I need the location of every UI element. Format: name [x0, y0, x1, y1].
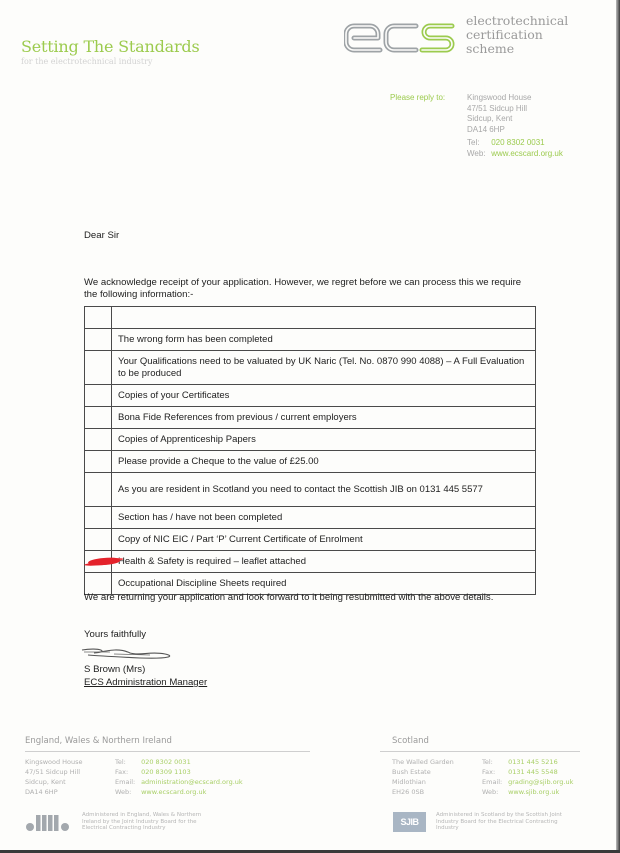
contact-label: Email:	[482, 777, 506, 787]
web-link[interactable]: www.sjib.org.uk	[508, 788, 559, 796]
footer-region-scotland: Scotland	[392, 736, 429, 746]
footer-divider	[380, 751, 580, 752]
reply-contact: Tel: 020 8302 0031 Web: www.ecscard.org.…	[467, 138, 620, 159]
reply-label: Please reply to:	[390, 93, 470, 102]
requirement-text: The wrong form has been completed	[112, 329, 536, 351]
tel-label: Tel:	[467, 138, 489, 149]
requirement-row: The wrong form has been completed	[85, 329, 536, 351]
logo-text-line: electrotechnical	[466, 14, 568, 28]
footer-scotland-admin-note: Administered in Scotland by the Scottish…	[436, 812, 576, 832]
tagline-subtitle: for the electrotechnical industry	[21, 57, 200, 66]
tagline-title: Setting The Standards	[21, 37, 200, 56]
logo-text-line: scheme	[466, 42, 568, 56]
address-line: Bush Estate	[392, 767, 472, 777]
requirement-checkbox[interactable]	[85, 307, 112, 329]
contact-label: Tel:	[482, 757, 506, 767]
requirement-row: Copies of Apprenticeship Papers	[85, 429, 536, 451]
email-link[interactable]: administration@ecscard.org.uk	[141, 778, 243, 786]
requirement-text: Please provide a Cheque to the value of …	[112, 451, 536, 473]
requirement-row: Health & Safety is required – leaflet at…	[85, 551, 536, 573]
tagline: Setting The Standards for the electrotec…	[21, 37, 200, 66]
address-line: 47/51 Sidcup Hill	[25, 767, 105, 777]
requirement-row: Copy of NIC EIC / Part ‘P’ Current Certi…	[85, 529, 536, 551]
sjib-logo-icon: SJIB	[393, 812, 426, 832]
requirement-text: As you are resident in Scotland you need…	[112, 473, 536, 507]
address-line: EH26 0SB	[392, 787, 472, 797]
contact-label: Web:	[482, 787, 506, 797]
requirement-checkbox[interactable]	[85, 385, 112, 407]
requirement-text: Your Qualifications need to be valuated …	[112, 351, 536, 385]
reply-address: Kingswood House 47/51 Sidcup Hill Sidcup…	[467, 93, 617, 135]
tel-value: 020 8302 0031	[491, 138, 544, 147]
requirement-checkbox[interactable]	[85, 429, 112, 451]
footer-scotland-contacts: Tel: 0131 445 5216 Fax: 0131 445 5548 Em…	[482, 757, 612, 797]
requirement-row: Section has / have not been completed	[85, 507, 536, 529]
requirement-row: As you are resident in Scotland you need…	[85, 473, 536, 507]
signer-name: S Brown (Mrs)	[84, 664, 145, 675]
address-line: 47/51 Sidcup Hill	[467, 104, 617, 115]
requirement-checkbox[interactable]	[85, 329, 112, 351]
contact-label: Tel:	[115, 757, 139, 767]
contact-value: 020 8309 1103	[141, 768, 191, 776]
address-line: DA14 6HP	[467, 125, 617, 136]
signer-title: ECS Administration Manager	[84, 677, 207, 688]
address-line: Sidcup, Kent	[25, 777, 105, 787]
web-link[interactable]: www.ecscard.org.uk	[141, 788, 206, 796]
sign-off: Yours faithfully	[84, 629, 146, 640]
jib-logo-icon	[25, 812, 73, 832]
address-line: The Walled Garden	[392, 757, 472, 767]
requirement-text: Copies of your Certificates	[112, 385, 536, 407]
footer-ewni-admin-note: Administered in England, Wales & Norther…	[82, 812, 222, 832]
contact-label: Web:	[115, 787, 139, 797]
requirement-row: Please provide a Cheque to the value of …	[85, 451, 536, 473]
contact-label: Fax:	[482, 767, 506, 777]
requirement-checkbox[interactable]	[85, 407, 112, 429]
footer-region-ewni: England, Wales & Northern Ireland	[25, 736, 172, 746]
requirement-text: Section has / have not been completed	[112, 507, 536, 529]
contact-label: Email:	[115, 777, 139, 787]
closing-paragraph: We are returning your application and lo…	[84, 592, 524, 604]
requirement-text: Health & Safety is required – leaflet at…	[112, 551, 536, 573]
requirement-text	[112, 307, 536, 329]
contact-value: 020 8302 0031	[141, 758, 191, 766]
logo-text-line: certification	[466, 28, 568, 42]
footer-scotland-address: The Walled Garden Bush Estate Midlothian…	[392, 757, 472, 797]
contact-value: 0131 445 5548	[508, 768, 558, 776]
footer-divider	[25, 751, 310, 752]
address-line: Midlothian	[392, 777, 472, 787]
contact-value: 0131 445 5216	[508, 758, 558, 766]
web-label: Web:	[467, 149, 489, 160]
footer-ewni-contacts: Tel: 020 8302 0031 Fax: 020 8309 1103 Em…	[115, 757, 295, 797]
requirement-row: Your Qualifications need to be valuated …	[85, 351, 536, 385]
requirement-checkbox[interactable]	[85, 507, 112, 529]
address-line: Kingswood House	[467, 93, 617, 104]
address-line: Sidcup, Kent	[467, 114, 617, 125]
requirement-row: Copies of your Certificates	[85, 385, 536, 407]
salutation: Dear Sir	[84, 230, 119, 241]
web-link[interactable]: www.ecscard.org.uk	[491, 149, 563, 158]
requirement-text: Copies of Apprenticeship Papers	[112, 429, 536, 451]
email-link[interactable]: grading@sjib.org.uk	[508, 778, 573, 786]
intro-paragraph: We acknowledge receipt of your applicati…	[84, 277, 534, 301]
ecs-logo-icon	[344, 20, 456, 60]
address-line: DA14 6HP	[25, 787, 105, 797]
signature-icon	[80, 644, 180, 662]
requirement-checkbox[interactable]	[85, 529, 112, 551]
address-line: Kingswood House	[25, 757, 105, 767]
requirement-text: Copy of NIC EIC / Part ‘P’ Current Certi…	[112, 529, 536, 551]
contact-label: Fax:	[115, 767, 139, 777]
requirement-row: Bona Fide References from previous / cur…	[85, 407, 536, 429]
requirement-text: Bona Fide References from previous / cur…	[112, 407, 536, 429]
requirement-row	[85, 307, 536, 329]
requirements-table: The wrong form has been completedYour Qu…	[84, 306, 536, 595]
requirement-checkbox[interactable]	[85, 451, 112, 473]
requirement-checkbox[interactable]	[85, 351, 112, 385]
ecs-logo-text: electrotechnical certification scheme	[466, 14, 568, 56]
requirement-checkbox[interactable]	[85, 551, 112, 573]
footer-ewni-address: Kingswood House 47/51 Sidcup Hill Sidcup…	[25, 757, 105, 797]
requirement-checkbox[interactable]	[85, 473, 112, 507]
